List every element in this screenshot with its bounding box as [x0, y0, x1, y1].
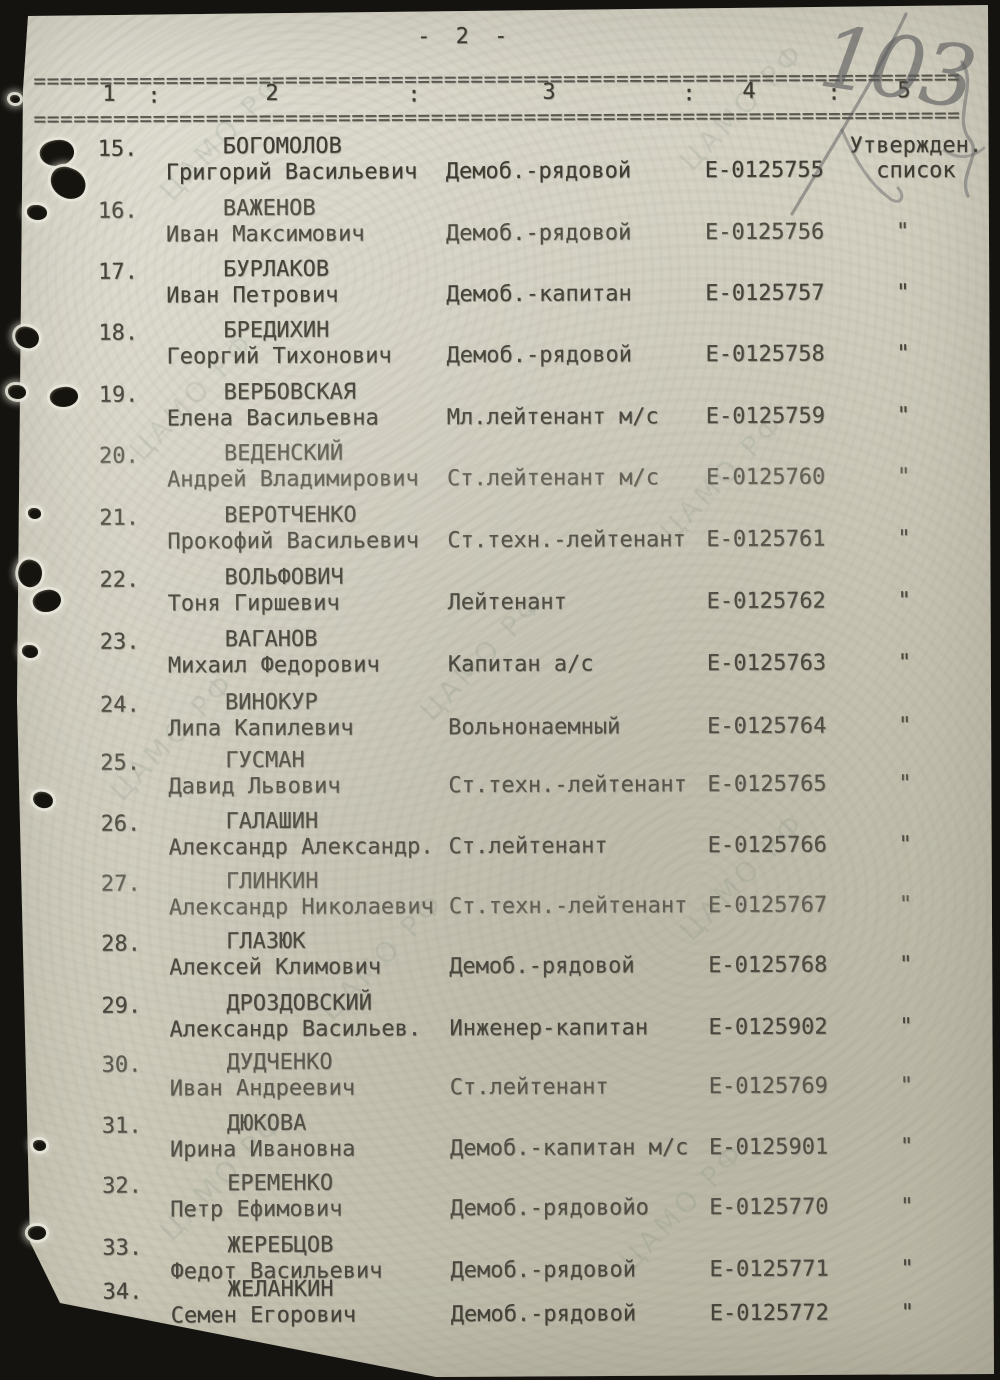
document-number: Е-0125769 [709, 1074, 828, 1101]
person-rank: Демоб.-рядовой [446, 342, 632, 369]
person-rank: Ст.лейтенант [449, 834, 608, 861]
person-given-name: Иван Андреевич [170, 1076, 356, 1103]
table-row: 27. ГЛИНКИН Александр Николаевич Ст.техн… [1, 866, 1000, 928]
person-rank: Демоб.-рядовой [446, 158, 632, 185]
approval-note: " [898, 713, 911, 739]
row-number: 24. [100, 693, 140, 719]
person-rank: Демоб.-рядовой [446, 220, 632, 247]
table-row: 24. ВИНОКУР Липа Капилевич Вольнонаемный… [0, 687, 1000, 749]
row-number: 19. [99, 383, 139, 409]
row-number: 18. [98, 321, 138, 347]
person-rank: Демоб.-рядовойо [450, 1195, 649, 1222]
person-given-name: Петр Ефимович [170, 1197, 342, 1224]
person-surname: ВИНОКУР [225, 690, 318, 716]
person-rank: Инженер-капитан [449, 1015, 648, 1042]
document-number: Е-0125759 [706, 404, 825, 431]
row-number: 32. [102, 1174, 142, 1200]
row-number: 17. [98, 260, 138, 286]
person-surname: ВЕРБОВСКАЯ [224, 380, 357, 407]
person-given-name: Григорий Васильевич [166, 159, 418, 186]
approval-note: " [899, 892, 912, 918]
person-rank: Демоб.-рядовой [449, 953, 635, 980]
person-given-name: Тоня Гиршевич [168, 591, 340, 618]
person-surname: ВЕРОТЧЕНКО [224, 503, 357, 530]
document-number: Е-0125902 [708, 1015, 827, 1042]
person-rank: Капитан а/с [448, 652, 594, 679]
document-number: Е-0125770 [709, 1195, 828, 1222]
approval-note: " [900, 1073, 913, 1099]
document-number: Е-0125767 [708, 893, 827, 920]
person-surname: ВАЖЕНОВ [223, 196, 316, 222]
person-rank: Ст.лейтенант м/с [447, 465, 659, 492]
row-number: 30. [102, 1053, 142, 1079]
table-row: 26. ГАЛАШИН Александр Александр. Ст.лейт… [0, 806, 1000, 868]
person-given-name: Михаил Федорович [168, 653, 380, 680]
document-number: Е-0125756 [705, 220, 824, 247]
person-given-name: Ирина Ивановна [170, 1137, 356, 1164]
approval-note: " [901, 1300, 914, 1326]
person-surname: БОГОМОЛОВ [223, 134, 342, 161]
table-row: 25. ГУСМАН Давид Львович Ст.техн.-лейтен… [0, 745, 1000, 807]
document-number: Е-0125755 [705, 158, 824, 185]
document-number: Е-0125901 [709, 1135, 828, 1162]
person-given-name: Липа Капилевич [168, 716, 354, 743]
table-row: 32. ЕРЕМЕНКО Петр Ефимович Демоб.-рядово… [2, 1168, 1000, 1230]
table-row: 15. БОГОМОЛОВ Григорий Васильевич Демоб.… [0, 131, 998, 193]
person-surname: ГЛАЗЮК [226, 929, 306, 955]
table-row: 28. ГЛАЗЮК Алексей Климович Демоб.-рядов… [1, 926, 1000, 988]
person-surname: ЖЕРЕБЦОВ [227, 1233, 333, 1259]
document-number: Е-0125764 [707, 714, 826, 741]
row-number: 31. [102, 1114, 142, 1140]
person-rank: Ст.техн.-лейтенант [448, 772, 687, 799]
person-given-name: Прокофий Васильевич [167, 528, 419, 555]
approval-note: " [897, 403, 910, 429]
approval-note: " [897, 464, 910, 490]
row-number: 21. [99, 506, 139, 532]
person-surname: ЕРЕМЕНКО [227, 1171, 333, 1197]
row-number: 15. [98, 137, 138, 163]
person-given-name: Елена Васильевна [167, 406, 379, 433]
table-row: 29. ДРОЗДОВСКИЙ Александр Васильев. Инже… [1, 988, 1000, 1050]
approval-note: " [900, 1194, 913, 1220]
document-number: Е-0125766 [708, 833, 827, 860]
approval-note: " [898, 650, 911, 676]
person-rank: Вольнонаемный [448, 714, 620, 741]
scanned-document: ЦАМО РФЦАМО РФЦАМО РФЦАМО РФЦАМО РФЦАМО … [0, 0, 1000, 1380]
personnel-list: 15. БОГОМОЛОВ Григорий Васильевич Демоб.… [0, 0, 1000, 1380]
document-number: Е-0125772 [710, 1301, 829, 1328]
table-row: 16. ВАЖЕНОВ Иван Максимович Демоб.-рядов… [0, 193, 998, 255]
row-number: 22. [99, 568, 139, 594]
approval-note: " [896, 341, 909, 367]
row-number: 20. [99, 444, 139, 470]
approval-note: " [898, 588, 911, 614]
person-rank: Демоб.-капитан м/с [450, 1135, 689, 1162]
approval-note: Утвержден. список [850, 133, 983, 184]
row-number: 28. [101, 932, 141, 958]
person-given-name: Алексей Климович [169, 955, 381, 982]
table-row: 31. ДЮКОВА Ирина Ивановна Демоб.-капитан… [2, 1108, 1000, 1170]
person-rank: Ст.техн.-лейтенант [447, 527, 686, 554]
person-given-name: Александр Александр. [169, 834, 434, 861]
person-surname: ЖЕЛАНКИН [228, 1277, 334, 1303]
row-number: 16. [98, 199, 138, 225]
table-row: 34. ЖЕЛАНКИН Семен Егорович Демоб.-рядов… [3, 1274, 1000, 1336]
approval-note: " [897, 526, 910, 552]
person-rank: Ст.техн.-лейтенант [449, 893, 688, 920]
row-number: 29. [101, 994, 141, 1020]
table-row: 20. ВЕДЕНСКИЙ Андрей Владимирович Ст.лей… [0, 438, 999, 500]
document-number: Е-0125765 [707, 772, 826, 799]
table-row: 21. ВЕРОТЧЕНКО Прокофий Васильевич Ст.те… [0, 500, 999, 562]
person-surname: БРЕДИХИН [223, 318, 329, 344]
person-surname: ВОЛЬФОВИЧ [224, 565, 343, 592]
row-number: 33. [102, 1236, 142, 1262]
document-number: Е-0125761 [706, 527, 825, 554]
document-number: Е-0125762 [707, 589, 826, 616]
row-number: 27. [101, 872, 141, 898]
approval-note: " [900, 1134, 913, 1160]
person-surname: ГУСМАН [225, 748, 305, 774]
approval-note: " [896, 219, 909, 245]
person-rank: Демоб.-рядовой [451, 1301, 637, 1328]
row-number: 34. [103, 1280, 143, 1306]
approval-note: " [899, 1014, 912, 1040]
person-surname: БУРЛАКОВ [223, 257, 329, 283]
person-rank: Мл.лейтенант м/с [447, 404, 659, 431]
person-surname: ВАГАНОВ [225, 627, 318, 653]
table-row: 18. БРЕДИХИН Георгий Тихонович Демоб.-ря… [0, 315, 999, 377]
person-rank: Демоб.-капитан [446, 281, 632, 308]
person-surname: ДРОЗДОВСКИЙ [226, 991, 372, 1018]
table-row: 19. ВЕРБОВСКАЯ Елена Васильевна Мл.лейте… [0, 377, 999, 439]
table-row: 30. ДУДЧЕНКО Иван Андреевич Ст.лейтенант… [2, 1047, 1000, 1109]
person-given-name: Давид Львович [168, 774, 340, 801]
person-given-name: Александр Васильев. [169, 1016, 421, 1043]
approval-note: " [898, 771, 911, 797]
person-surname: ВЕДЕНСКИЙ [224, 441, 343, 468]
person-given-name: Андрей Владимирович [167, 466, 419, 493]
person-surname: ДУДЧЕНКО [227, 1050, 333, 1076]
person-given-name: Семен Егорович [171, 1303, 357, 1330]
table-row: 22. ВОЛЬФОВИЧ Тоня Гиршевич Лейтенант Е-… [0, 562, 1000, 624]
approval-note: " [899, 952, 912, 978]
person-given-name: Георгий Тихонович [166, 343, 391, 370]
table-row: 23. ВАГАНОВ Михаил Федорович Капитан а/с… [0, 624, 1000, 686]
person-surname: ГАЛАШИН [225, 809, 318, 835]
approval-note: " [896, 280, 909, 306]
document-number: Е-0125763 [707, 651, 826, 678]
person-surname: ГЛИНКИН [226, 869, 319, 895]
person-rank: Ст.лейтенант [450, 1075, 609, 1102]
document-number: Е-0125757 [705, 281, 824, 308]
table-row: 17. БУРЛАКОВ Иван Петрович Демоб.-капита… [0, 254, 998, 316]
row-number: 25. [100, 751, 140, 777]
person-given-name: Александр Николаевич [169, 894, 434, 921]
approval-note: " [899, 832, 912, 858]
document-number: Е-0125760 [706, 465, 825, 492]
person-rank: Лейтенант [448, 590, 567, 617]
document-number: Е-0125758 [705, 342, 824, 369]
document-number: Е-0125768 [708, 953, 827, 980]
row-number: 23. [100, 630, 140, 656]
person-surname: ДЮКОВА [227, 1111, 307, 1137]
typewritten-content: - 2 - ==================================… [0, 0, 1000, 1380]
person-given-name: Иван Максимович [166, 222, 365, 249]
person-given-name: Иван Петрович [166, 283, 338, 310]
row-number: 26. [100, 812, 140, 838]
